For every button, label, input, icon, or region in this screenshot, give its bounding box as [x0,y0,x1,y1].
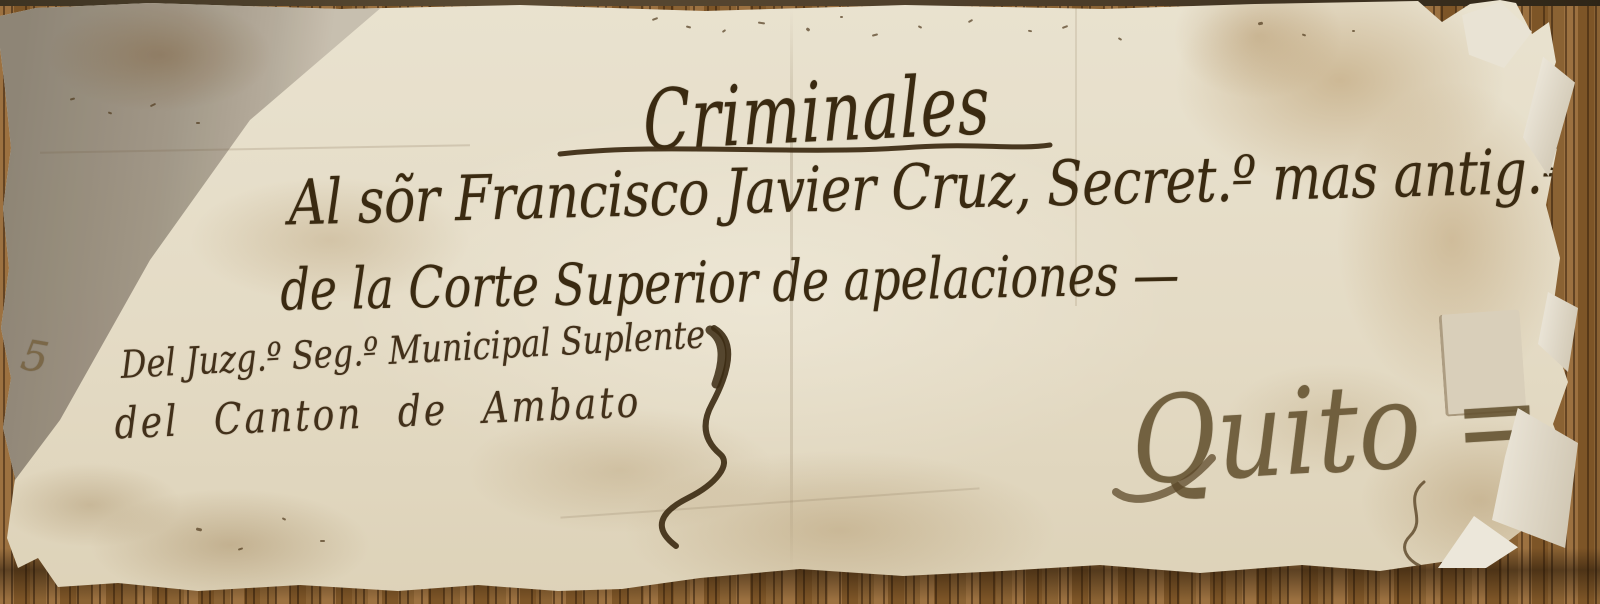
ink-speck [722,29,726,33]
ink-speck [238,547,243,550]
ink-speck [196,122,200,124]
ink-speck [320,540,325,542]
manuscript-paper: Criminales Al sõr Francisco Javier Cruz,… [0,0,1600,604]
ink-speck [1118,37,1122,41]
brace-flourish [622,322,762,557]
manuscript-photo: Criminales Al sõr Francisco Javier Cruz,… [0,0,1600,604]
place-mark-tail-flourish [1108,452,1218,522]
ink-speck [968,19,973,23]
ink-speck [196,527,202,531]
ink-speck [1028,30,1032,33]
ink-speck [282,517,286,521]
sender-line-1: Del Juzg.º Seg.º Municipal Suplente [120,311,706,387]
ink-speck [840,16,843,18]
ink-speck [918,25,922,29]
ink-squiggle [1390,478,1434,570]
address-line-2: de la Corte Superior de apelaciones — [280,240,1180,323]
ink-speck [1302,33,1306,36]
ink-speck [652,17,658,21]
ink-speck [1258,22,1263,26]
ink-speck [1352,30,1355,32]
ink-speck [686,25,691,28]
ink-speck [1062,25,1068,29]
ink-speck [806,27,811,32]
ink-speck [872,33,878,36]
ink-speck [758,22,765,25]
sender-line-2: del Canton de Ambato [114,378,642,449]
address-line-1: Al sõr Francisco Javier Cruz, Secret.º m… [288,136,1567,240]
